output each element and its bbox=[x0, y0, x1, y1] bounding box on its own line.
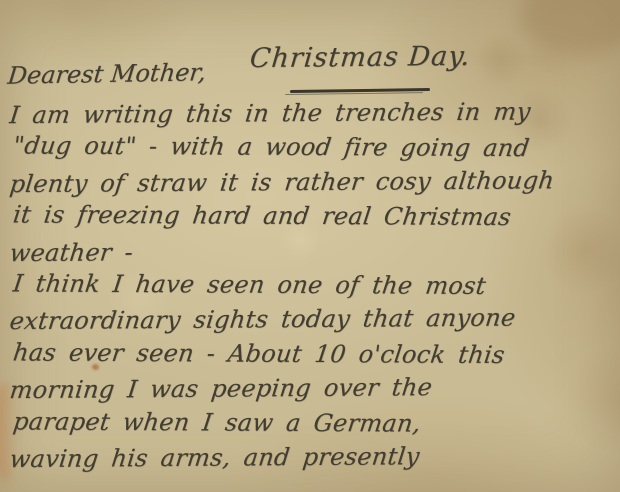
salutation: Dearest Mother, bbox=[6, 58, 207, 89]
letter-line: parapet when I saw a German, bbox=[11, 404, 618, 442]
letter-body: I am writing this in the trenches in my … bbox=[10, 96, 616, 474]
letter-heading: Christmas Day. bbox=[248, 41, 472, 74]
letter-scan: Christmas Day. Dearest Mother, I am writ… bbox=[0, 0, 620, 492]
letter-line: waving his arms, and presently bbox=[8, 438, 618, 477]
letter-line: extraordinary sights today that anyone bbox=[8, 300, 618, 339]
letter-line: "dug out" - with a wood fire going and bbox=[11, 129, 618, 167]
stain-top-right-corner bbox=[520, 0, 620, 55]
letter-line: plenty of straw it is rather cosy althou… bbox=[8, 163, 618, 202]
letter-line: has ever seen - About 10 o'clock this bbox=[11, 335, 618, 373]
letter-line: weather - bbox=[8, 231, 618, 270]
letter-line: I think I have seen one of the most bbox=[11, 266, 618, 304]
letter-line: it is freezing hard and real Christmas bbox=[11, 198, 618, 236]
heading-underline bbox=[290, 88, 430, 93]
letter-line: I am writing this in the trenches in my bbox=[8, 94, 618, 133]
letter-line: morning I was peeping over the bbox=[8, 369, 618, 408]
